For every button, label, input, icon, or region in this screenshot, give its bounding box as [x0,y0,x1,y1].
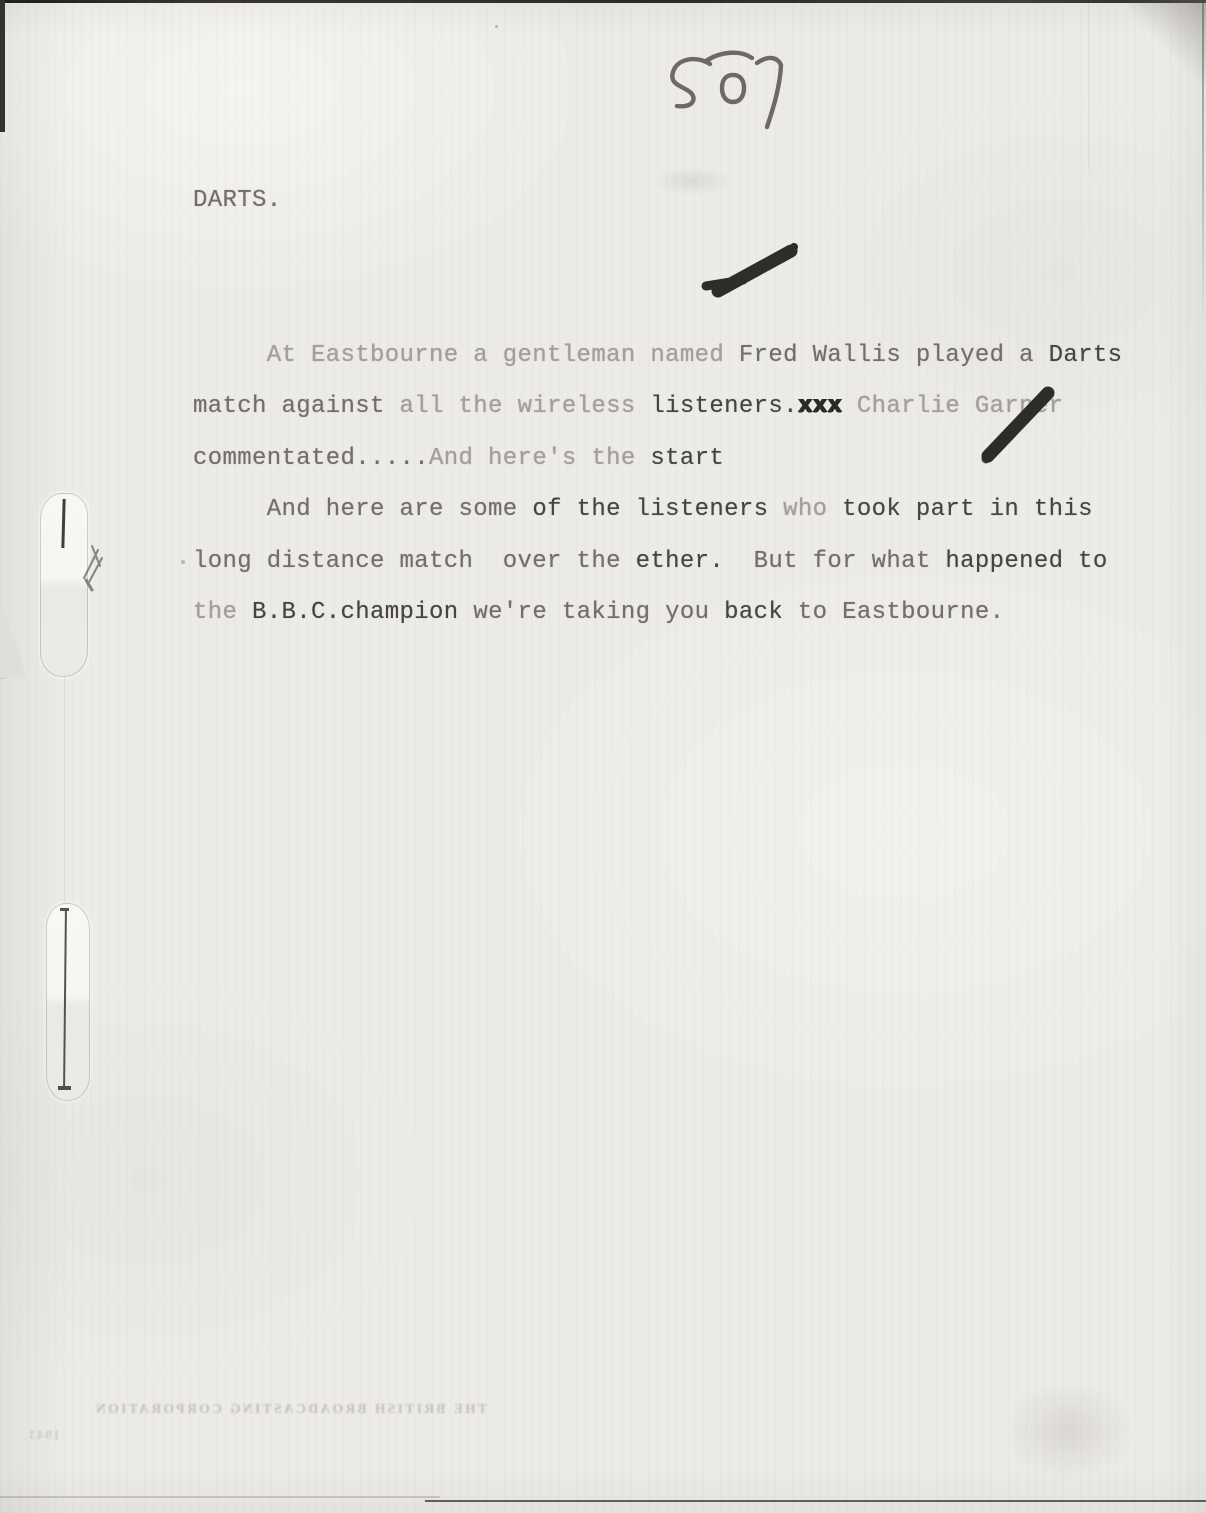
typescript-body: DARTS. At Eastbourne a gentleman named F… [193,72,1153,639]
scanned-page: DARTS. At Eastbourne a gentleman named F… [0,0,1206,1513]
fastener-scribble-marks [76,544,116,606]
typescript-line: And here are some of the listeners who t… [193,484,1153,536]
text-segment: happened to [945,548,1107,575]
fastener-pin-tick-top [60,908,69,911]
paper-speck [181,560,185,564]
scan-edge-bottom-faint [0,1496,440,1498]
scan-edge-bottom [425,1500,1206,1502]
underlying-page-corner [0,598,26,679]
fastener-pin-tick-bottom [58,1086,71,1090]
text-segment: who [783,496,842,523]
text-segment: back [724,599,798,626]
text-segment: listeners. [650,393,798,420]
verso-stamp-bleedthrough: THE BRITISH BROADCASTING CORPORATION [95,1401,487,1417]
text-segment: And here's the [429,445,650,472]
verso-number-bleedthrough: 1943 [28,1427,60,1443]
scan-edge-top [0,0,1206,3]
text-segment: match against [193,393,400,420]
paper-speck [92,556,97,560]
typescript-line: At Eastbourne a gentleman named Fred Wal… [193,330,1153,382]
text-segment: long distance match over the [193,548,636,575]
text-segment: But for what [724,548,945,575]
text-segment: B.B.C.champion [252,599,473,626]
text-segment: commentated..... [193,445,429,472]
scan-edge-left [0,0,5,132]
verso-crest-bleedthrough [1012,1388,1137,1483]
ink-check-after-start-mark [696,234,808,300]
fastener-string [64,676,65,902]
page-title: DARTS. [193,187,282,214]
paper-speck [495,25,498,28]
text-segment: ether. [636,548,725,575]
text-segment: we're taking you [473,599,724,626]
text-segment: to Eastbourne. [798,599,1005,626]
text-segment: took part in this [842,496,1093,523]
text-segment: of the listeners [532,496,783,523]
ink-check-after-eastbourne-mark [974,383,1066,465]
fastener-hole-bottom [46,903,90,1101]
digit-0-top-arc-stroke [706,53,752,61]
typescript-line: long distance match over the ether. But … [193,536,1153,588]
text-segment: start [650,445,724,472]
text-segment: And here are some [193,496,532,523]
text-segment: all the wireless [400,393,651,420]
text-segment: xxx [798,393,842,420]
text-segment: the [193,599,252,626]
typescript-line: the B.B.C.champion we're taking you back… [193,587,1153,639]
text-segment: At Eastbourne a gentleman named [193,342,739,369]
text-segment: Darts [1049,342,1123,369]
text-segment: Fred Wallis played a [739,342,1049,369]
verso-smudge [653,167,733,195]
